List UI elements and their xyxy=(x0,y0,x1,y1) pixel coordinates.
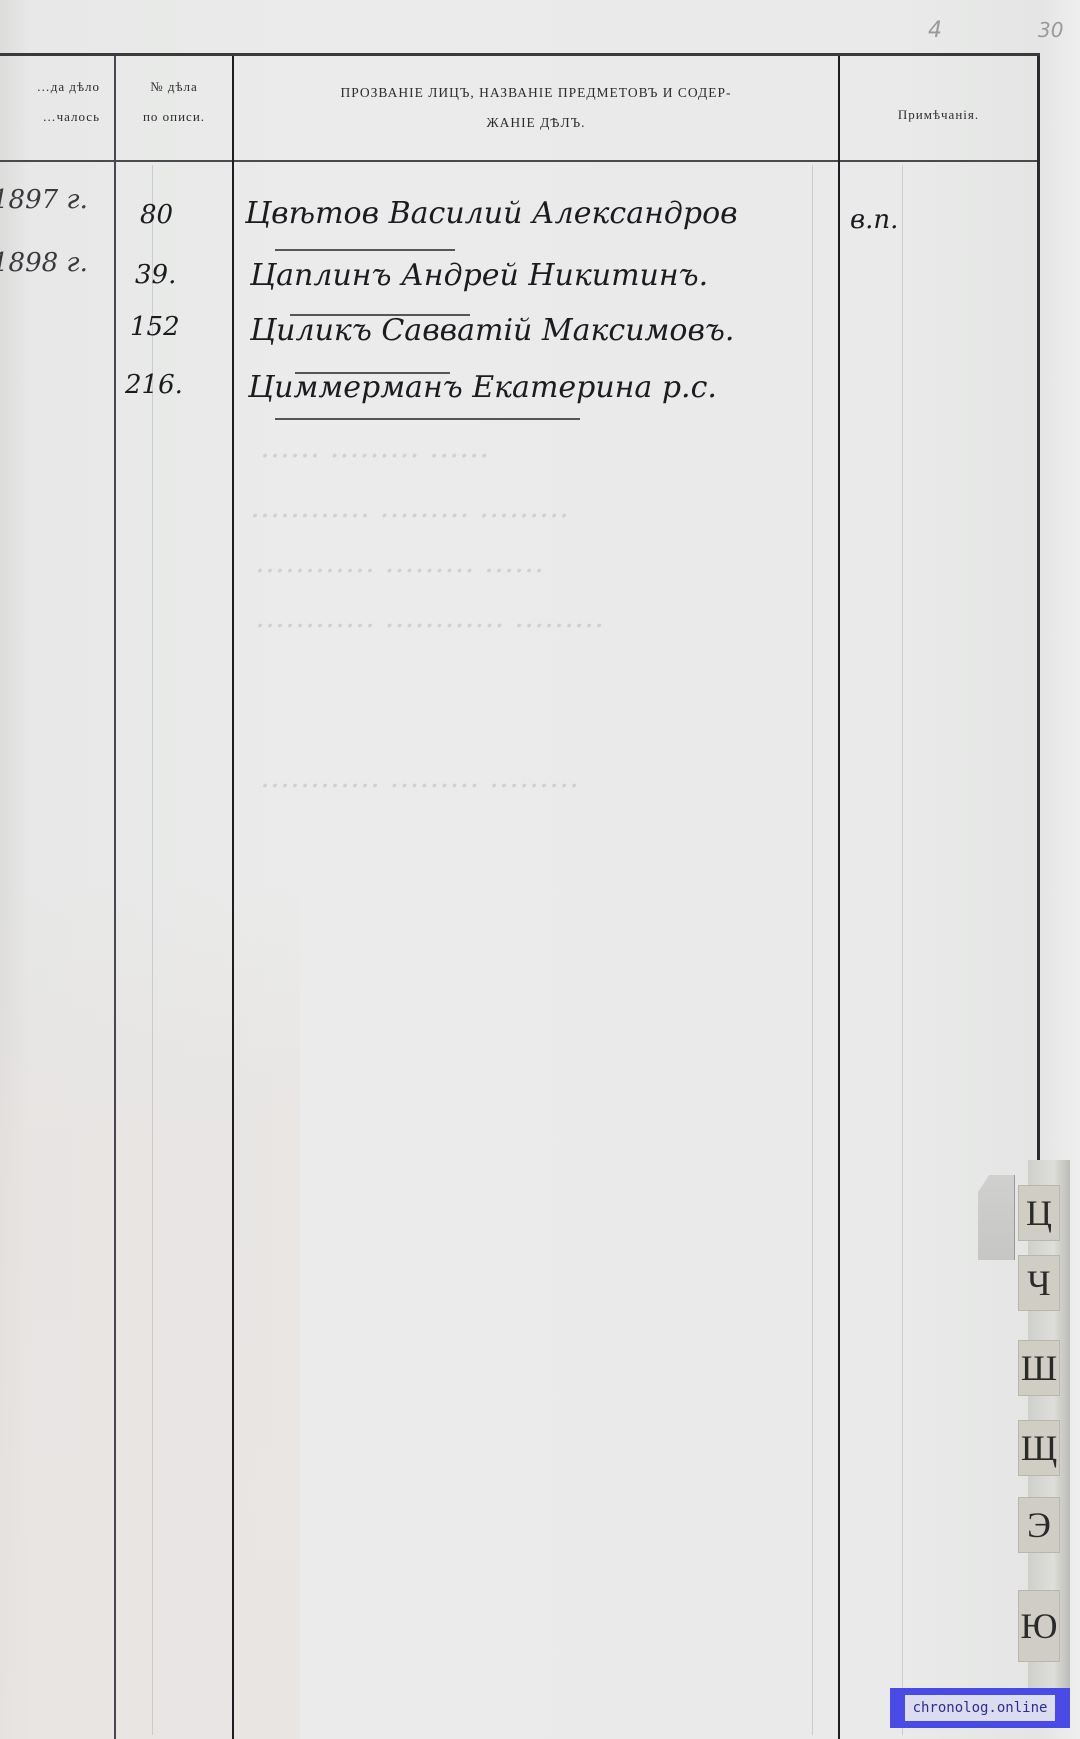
column-divider-2 xyxy=(232,56,234,1739)
watermark-text: chronolog.online xyxy=(905,1695,1056,1721)
archive-page: 4 30 …да дѣло …чалось № дѣла по описи. П… xyxy=(0,0,1080,1739)
header-contents: ПРОЗВАНІЕ ЛИЦЪ, НАЗВАНІЕ ПРЕДМЕТОВЪ И СО… xyxy=(234,78,838,138)
table-top-rule xyxy=(0,53,1040,56)
header-contents-line1: ПРОЗВАНІЕ ЛИЦЪ, НАЗВАНІЕ ПРЕДМЕТОВЪ И СО… xyxy=(234,78,838,108)
row-case-number: 39. xyxy=(135,260,176,290)
folded-tab-flap xyxy=(978,1175,1015,1260)
header-remarks-line1: Примѣчанія. xyxy=(840,100,1037,130)
page-number-right: 30 xyxy=(1038,18,1063,42)
bleed-through-text: ………… ……… ……… xyxy=(250,490,569,525)
index-tab-e[interactable]: Э xyxy=(1018,1497,1060,1553)
row-name: Цаплинъ Андрей Никитинъ. xyxy=(250,258,708,293)
page-number-left: 4 xyxy=(928,18,942,43)
name-underline xyxy=(275,249,455,251)
header-case-number: № дѣла по описи. xyxy=(116,72,232,132)
header-date-started: …да дѣло …чалось xyxy=(0,72,112,132)
name-underline xyxy=(275,418,580,420)
faint-guide-line xyxy=(812,165,813,1735)
index-tab-shch[interactable]: Щ xyxy=(1018,1420,1060,1476)
index-tab-sh[interactable]: Ш xyxy=(1018,1340,1060,1396)
header-remarks: Примѣчанія. xyxy=(840,100,1037,130)
table-right-border xyxy=(1037,56,1040,1186)
header-bottom-rule xyxy=(0,160,1040,162)
header-case-line1: № дѣла xyxy=(116,72,232,102)
bleed-through-text: ………… ……… …… xyxy=(255,545,544,580)
row-remark: в.п. xyxy=(850,205,898,235)
bleed-through-text: …… ……… …… xyxy=(260,430,489,465)
row-case-number: 80 xyxy=(140,200,173,230)
index-tab-ts[interactable]: Ц xyxy=(1018,1185,1060,1241)
header-date-line1: …да дѣло xyxy=(0,72,100,102)
watermark: chronolog.online xyxy=(890,1688,1070,1728)
row-year: 1898 г. xyxy=(0,248,88,278)
faint-guide-line xyxy=(152,165,153,1735)
row-case-number: 216. xyxy=(125,370,183,400)
paper-stain xyxy=(0,880,300,1739)
header-date-line2: …чалось xyxy=(0,102,100,132)
bleed-through-text: ………… ……… ……… xyxy=(260,760,579,795)
row-name: Циликъ Савватій Максимовъ. xyxy=(250,313,734,348)
index-tab-yu[interactable]: Ю xyxy=(1018,1590,1060,1662)
index-tab-ch[interactable]: Ч xyxy=(1018,1255,1060,1311)
column-divider-3 xyxy=(838,56,840,1739)
row-year: 1897 г. xyxy=(0,185,88,215)
faint-guide-line xyxy=(902,165,903,1735)
row-case-number: 152 xyxy=(130,312,180,342)
column-divider-1 xyxy=(114,56,116,1739)
header-contents-line2: ЖАНІЕ ДѢЛЪ. xyxy=(234,108,838,138)
row-name: Цвѣтов Василий Александров xyxy=(245,196,738,231)
header-case-line2: по описи. xyxy=(116,102,232,132)
bleed-through-text: ………… ………… ……… xyxy=(255,600,604,635)
row-name: Циммерманъ Екатерина р.с. xyxy=(248,370,717,405)
